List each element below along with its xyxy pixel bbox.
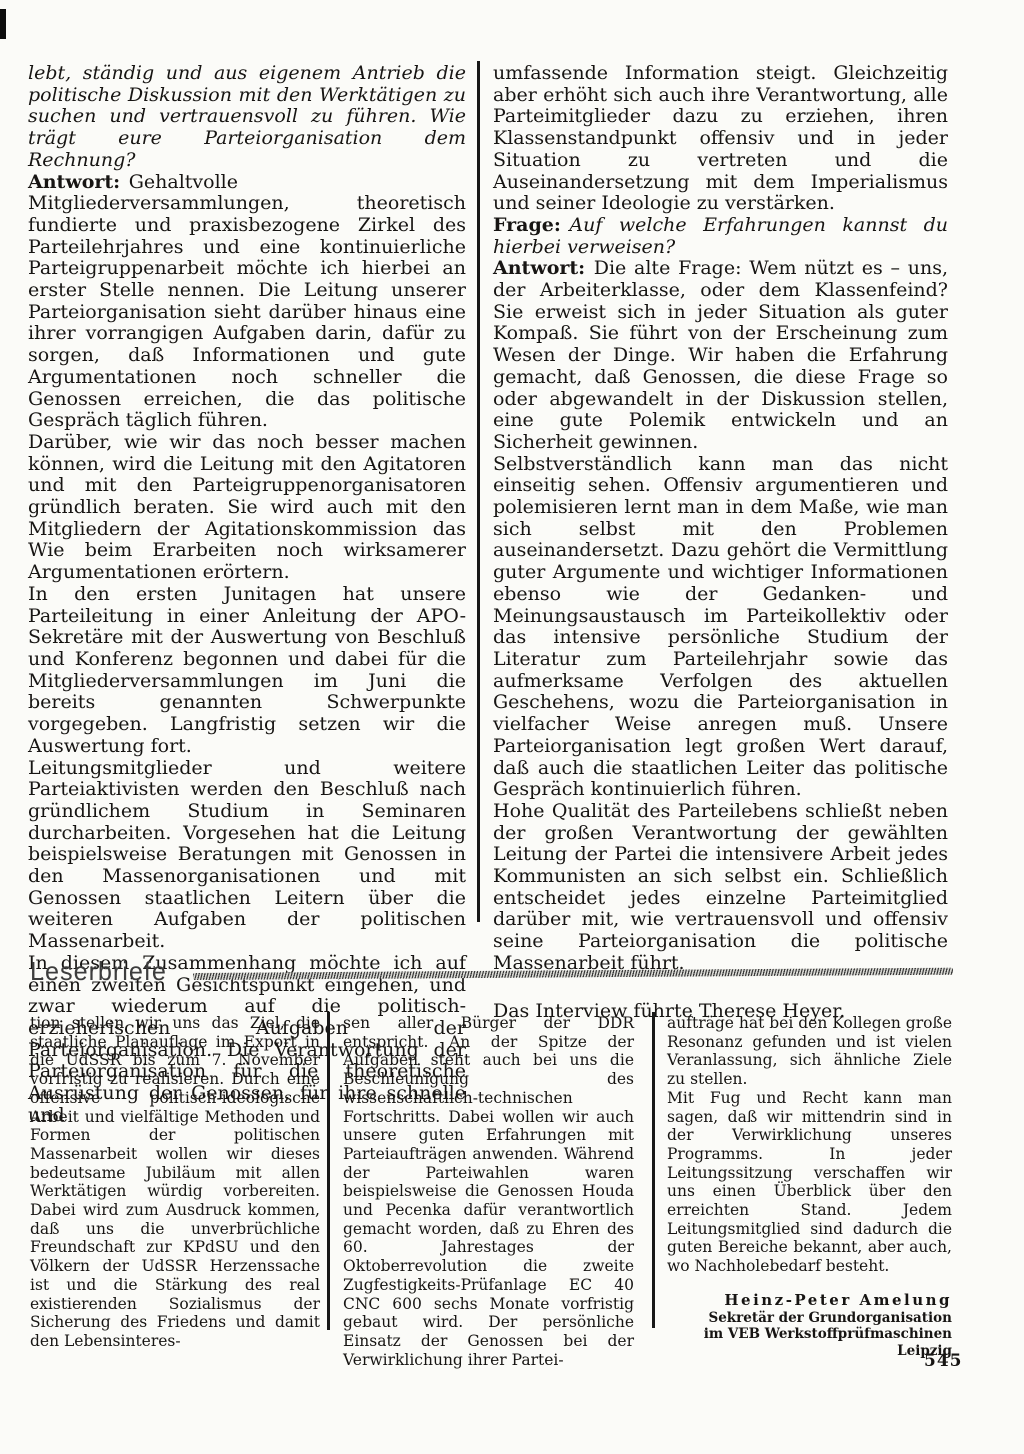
- letter-paragraph: aufträge hat bei den Kollegen große Reso…: [667, 1014, 952, 1089]
- column-divider: [477, 61, 480, 922]
- body-paragraph: Selbstverständlich kann man das nicht ei…: [493, 454, 948, 801]
- signature-role: Sekretär der Grundorganisation: [667, 1310, 952, 1327]
- paragraph-text: Auf welche Erfahrungen kannst du hierbei…: [493, 214, 948, 258]
- answer-paragraph: Antwort:Die alte Frage: Wem nützt es – u…: [493, 258, 948, 453]
- letters-column-3: aufträge hat bei den Kollegen große Reso…: [667, 1014, 952, 1359]
- answer-label: Antwort:: [493, 257, 585, 279]
- letter-paragraph: sen aller Bürger der DDR entspricht. An …: [343, 1014, 634, 1369]
- column-divider: [327, 1012, 330, 1330]
- signature-name: Heinz-Peter Amelung: [667, 1291, 952, 1310]
- answer-label: Antwort:: [28, 171, 120, 193]
- signature-organization: im VEB Werkstoffprüfmaschinen: [667, 1326, 952, 1343]
- answer-paragraph: Antwort:Gehaltvolle Mitgliederversammlun…: [28, 172, 466, 432]
- scanned-journal-page: lebt, ständig und aus eigenem Antrieb di…: [0, 0, 1024, 1454]
- paragraph-text: Gehaltvolle Mitgliederversammlungen, the…: [28, 171, 466, 432]
- body-paragraph: Hohe Qualität des Parteilebens schließt …: [493, 801, 948, 975]
- interview-right-column: umfassende Information steigt. Gleichzei…: [493, 63, 948, 1022]
- leserbriefe-section-heading: Leserbriefe: [30, 956, 167, 987]
- body-paragraph: Darüber, wie wir das noch besser machen …: [28, 432, 466, 584]
- paragraph-text: Die alte Frage: Wem nützt es – uns, der …: [493, 257, 948, 453]
- letter-paragraph: Mit Fug und Recht kann man sagen, daß wi…: [667, 1089, 952, 1276]
- letter-paragraph: tion stellen wir uns das Ziel, die staat…: [30, 1014, 320, 1351]
- column-divider: [652, 1012, 655, 1328]
- letters-column-1: tion stellen wir uns das Ziel, die staat…: [30, 1014, 320, 1351]
- body-paragraph: Leitungsmitglieder und weitere Parteiakt…: [28, 758, 466, 953]
- letters-column-2: sen aller Bürger der DDR entspricht. An …: [343, 1014, 634, 1369]
- page-number: 545: [924, 1351, 963, 1371]
- signature-city: Leipzig: [667, 1343, 952, 1360]
- body-paragraph: In den ersten Junitagen hat unsere Parte…: [28, 584, 466, 758]
- letter-signature-block: Heinz-Peter Amelung Sekretär der Grundor…: [667, 1291, 952, 1360]
- question-label: Frage:: [493, 214, 561, 236]
- scan-artifact-mark: [0, 9, 6, 39]
- question-paragraph: lebt, ständig und aus eigenem Antrieb di…: [28, 63, 466, 172]
- body-paragraph: umfassende Information steigt. Gleichzei…: [493, 63, 948, 215]
- question-paragraph: Frage:Auf welche Erfahrungen kannst du h…: [493, 215, 948, 258]
